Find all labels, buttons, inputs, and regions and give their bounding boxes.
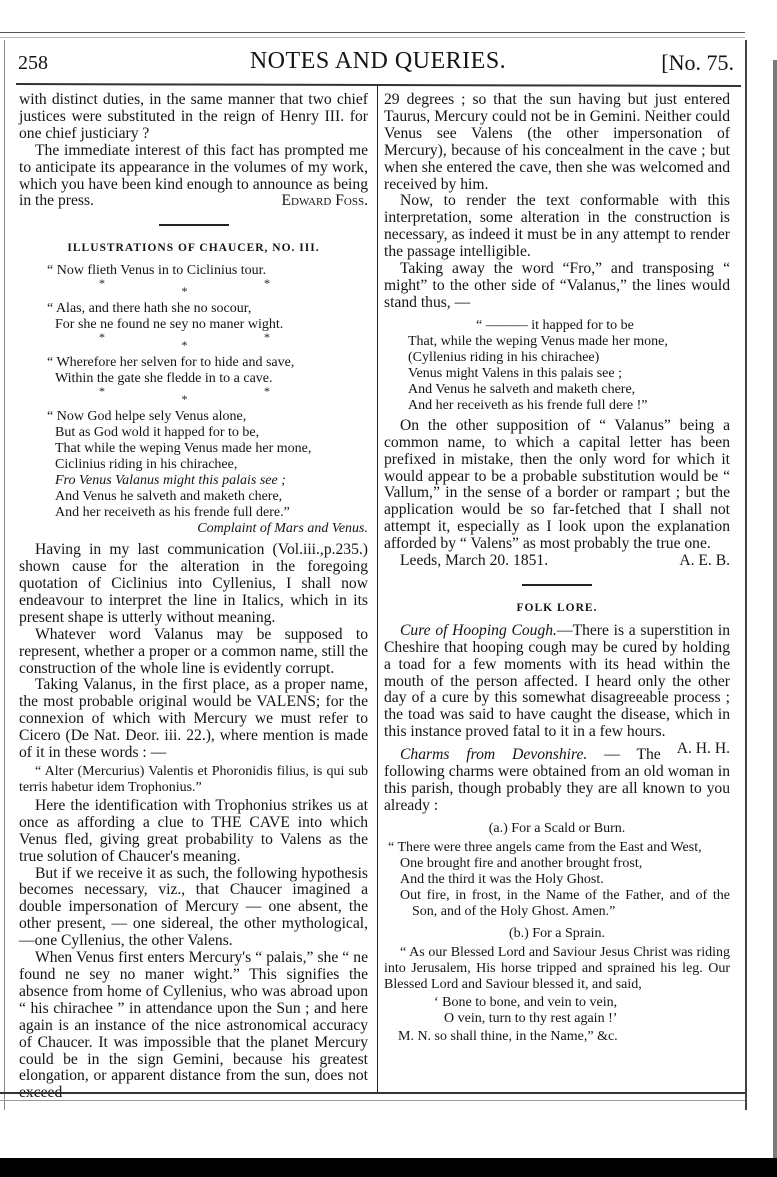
top-rule: [0, 32, 745, 33]
left-column: with distinct duties, in the same manner…: [19, 92, 368, 1102]
charm-verse: ‘ Bone to bone, and vein to vein, O vein…: [434, 995, 730, 1027]
book-spine-shadow: [773, 60, 777, 1160]
section-separator: [522, 584, 592, 586]
signature: Edward Foss.: [265, 193, 368, 210]
charm-text: “ As our Blessed Lord and Saviour Jesus …: [384, 945, 730, 993]
charm-verse: “ There were three angels came from the …: [388, 840, 730, 920]
book-edge-shadow: [0, 1158, 777, 1177]
top-rule-secondary: [0, 37, 745, 38]
signature: A. H. H.: [661, 741, 730, 758]
paragraph: Here the identification with Trophonius …: [19, 798, 368, 866]
paragraph: Taking away the word “Fro,” and transpos…: [384, 261, 730, 312]
paragraph: When Venus first enters Mercury's “ pala…: [19, 950, 368, 1102]
charm-title: (a.) For a Scald or Burn.: [384, 821, 730, 838]
paragraph: Taking Valanus, in the first place, as a…: [19, 677, 368, 762]
section-title: FOLK LORE.: [384, 600, 730, 617]
bottom-rule-secondary: [0, 1100, 745, 1101]
paragraph: Whatever word Valanus may be supposed to…: [19, 627, 368, 678]
bottom-rule: [0, 1092, 745, 1094]
signature: A. E. B.: [663, 553, 730, 570]
paragraph: The immediate interest of this fact has …: [19, 143, 368, 211]
stars-separator: * * *: [19, 333, 368, 349]
column-divider: [377, 86, 378, 1092]
stars-separator: * * *: [19, 387, 368, 403]
charm-title: (b.) For a Sprain.: [384, 926, 730, 943]
charm-closing: M. N. so shall thine, in the Name,” &c.: [384, 1029, 730, 1045]
verse-credit: Complaint of Mars and Venus.: [19, 521, 368, 538]
verse-stanza: “ Now God helpe sely Venus alone, But as…: [55, 409, 368, 521]
issue-number: [No. 75.: [661, 50, 734, 76]
paragraph: But if we receive it as such, the follow…: [19, 866, 368, 951]
verse-stanza: “ Alas, and there hath she no socour, Fo…: [55, 301, 368, 333]
right-column: 29 degrees ; so that the sun having but …: [384, 92, 730, 1047]
paragraph: Now, to render the text conformable with…: [384, 193, 730, 261]
running-title: NOTES AND QUERIES.: [18, 48, 738, 75]
paragraph: Cure of Hooping Cough.—There is a supers…: [384, 623, 730, 741]
section-title: ILLUSTRATIONS OF CHAUCER, NO. III.: [19, 240, 368, 257]
stars-separator: * * *: [19, 279, 368, 295]
section-separator: [159, 224, 229, 226]
verse-stanza: “ Wherefore her selven for to hide and s…: [55, 355, 368, 387]
revised-verse: “ ——— it happed for to be That, while th…: [408, 318, 730, 414]
article-heading: Cure of Hooping Cough.: [400, 622, 557, 639]
page-header: 258 NOTES AND QUERIES. [No. 75.: [18, 46, 738, 84]
paragraph: On the other supposition of “ Valanus” b…: [384, 418, 730, 553]
paragraph: 29 degrees ; so that the sun having but …: [384, 92, 730, 193]
latin-quote: “ Alter (Mercurius) Valentis et Phoronid…: [19, 764, 368, 796]
article-heading: Charms from Devonshire.: [400, 746, 587, 763]
paragraph: with distinct duties, in the same manner…: [19, 92, 368, 143]
paragraph: Having in my last communication (Vol.iii…: [19, 542, 368, 627]
